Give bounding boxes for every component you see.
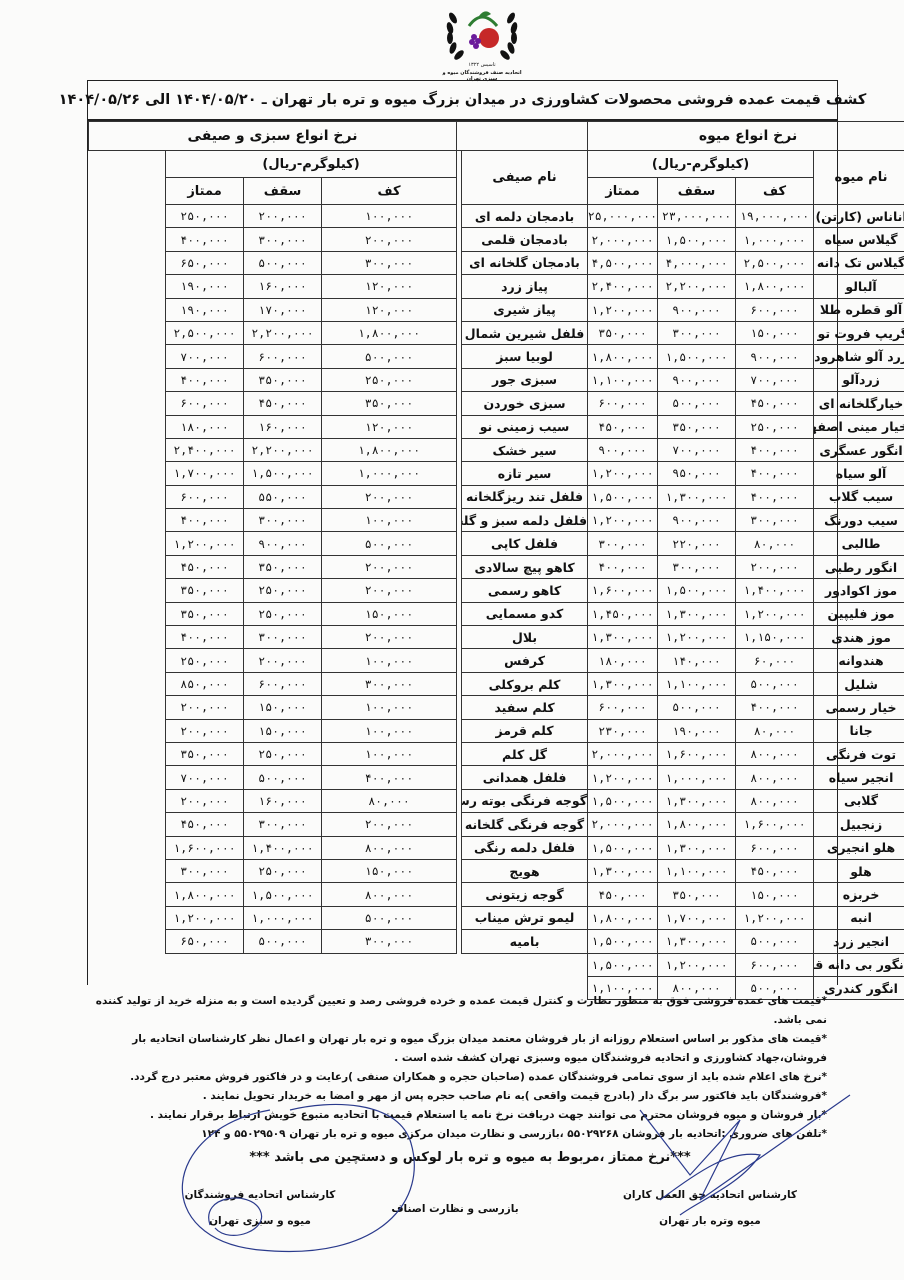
veg-max-price: ۲۵۰,۰۰۰ [244, 579, 322, 602]
veg-max-price: ۱۵۰,۰۰۰ [244, 719, 322, 742]
fruit-name: طالبی [814, 532, 904, 555]
veg-max-price: ۱۵۰,۰۰۰ [244, 696, 322, 719]
fruit-premium-price: ۱,۲۰۰,۰۰۰ [588, 298, 658, 321]
veg-min-price: ۱۲۰,۰۰۰ [322, 275, 457, 298]
table-row: انگور بی دانه قرمز۶۰۰,۰۰۰۱,۲۰۰,۰۰۰۱,۵۰۰,… [89, 953, 904, 976]
veg-max-price: ۱۷۰,۰۰۰ [244, 298, 322, 321]
fruit-min-price: ۴۰۰,۰۰۰ [736, 462, 814, 485]
veg-min-price: ۲۰۰,۰۰۰ [322, 485, 457, 508]
fruit-min-price: ۱,۲۰۰,۰۰۰ [736, 602, 814, 625]
veg-premium-price: ۳۵۰,۰۰۰ [166, 742, 244, 765]
note-item: *قیمت های مذکور بر اساس استعلام روزانه ا… [82, 1030, 827, 1068]
veg-premium-price: ۴۵۰,۰۰۰ [166, 555, 244, 578]
veg-name: سیر تازه [462, 462, 588, 485]
table-row: خیار رسمی۴۰۰,۰۰۰۵۰۰,۰۰۰۶۰۰,۰۰۰کلم سفید۱۰… [89, 696, 904, 719]
fruit-name: سیب گلاب [814, 485, 904, 508]
column-gap [457, 742, 462, 765]
veg-name: بادمجان دلمه ای [462, 205, 588, 228]
veg-name: بادمجان قلمی [462, 228, 588, 251]
fruit-min-price: ۵۰۰,۰۰۰ [736, 672, 814, 695]
fruit-name: آلبالو [814, 275, 904, 298]
fruit-max-price: ۱,۱۰۰,۰۰۰ [658, 859, 736, 882]
table-row: سیب گلاب۴۰۰,۰۰۰۱,۳۰۰,۰۰۰۱,۵۰۰,۰۰۰فلفل تن… [89, 485, 904, 508]
veg-premium-price: ۶۰۰,۰۰۰ [166, 485, 244, 508]
veg-name: هویج [462, 859, 588, 882]
fruit-premium-price: ۹۰۰,۰۰۰ [588, 438, 658, 461]
veg-premium-price: ۳۵۰,۰۰۰ [166, 602, 244, 625]
table-row: زرد آلو شاهرودی۹۰۰,۰۰۰۱,۵۰۰,۰۰۰۱,۸۰۰,۰۰۰… [89, 345, 904, 368]
fruit-name: انجیر سیاه [814, 766, 904, 789]
fruit-name: انگور عسگری [814, 438, 904, 461]
fruit-premium-price: ۱,۵۰۰,۰۰۰ [588, 953, 658, 976]
fruit-min-price: ۱,۴۰۰,۰۰۰ [736, 579, 814, 602]
veg-premium-price: ۷۰۰,۰۰۰ [166, 345, 244, 368]
fruit-name: گلابی [814, 789, 904, 812]
veg-premium-header: ممتاز [166, 178, 244, 205]
column-gap [457, 555, 462, 578]
column-gap [457, 438, 462, 461]
column-gap [457, 228, 462, 251]
union-logo: تاسیس ۱۳۲۲ اتحادیه صنف فروشندگان میوه و … [441, 4, 523, 80]
column-gap [457, 789, 462, 812]
fruit-premium-price: ۱,۳۰۰,۰۰۰ [588, 626, 658, 649]
veg-name: فلفل همدانی [462, 766, 588, 789]
veg-premium-price: ۱۹۰,۰۰۰ [166, 275, 244, 298]
table-row: موز اکوادور۱,۴۰۰,۰۰۰۱,۵۰۰,۰۰۰۱,۶۰۰,۰۰۰کا… [89, 579, 904, 602]
veg-premium-price: ۳۰۰,۰۰۰ [166, 859, 244, 882]
fruit-max-price: ۷۰۰,۰۰۰ [658, 438, 736, 461]
fruit-min-price: ۸۰۰,۰۰۰ [736, 766, 814, 789]
veg-premium-price: ۷۰۰,۰۰۰ [166, 766, 244, 789]
veg-min-price: ۱,۸۰۰,۰۰۰ [322, 321, 457, 344]
fruit-premium-price: ۴۵۰,۰۰۰ [588, 415, 658, 438]
fruit-max-price: ۱,۳۰۰,۰۰۰ [658, 836, 736, 859]
note-item: *تلفن های ضروری :اتحادیه بار فروشان ۵۵۰۲… [82, 1125, 827, 1144]
fruit-min-price: ۵۰۰,۰۰۰ [736, 930, 814, 953]
column-gap [457, 859, 462, 882]
column-gap [457, 251, 462, 274]
column-gap [457, 813, 462, 836]
veg-name: لوبیا سبز [462, 345, 588, 368]
fruit-max-price: ۱۹۰,۰۰۰ [658, 719, 736, 742]
fruit-premium-price: ۱,۵۰۰,۰۰۰ [588, 836, 658, 859]
veg-max-price: ۱,۰۰۰,۰۰۰ [244, 906, 322, 929]
column-gap [457, 485, 462, 508]
signature-block-inspection: بازرسی و نظارت اصناف [370, 1196, 540, 1222]
price-table: نرخ انواع میوه نرخ انواع سبزی و صیفی نام… [88, 121, 904, 1000]
veg-max-price: ۲۰۰,۰۰۰ [244, 205, 322, 228]
fruit-premium-price: ۲۳۰,۰۰۰ [588, 719, 658, 742]
veg-max-price: ۱,۴۰۰,۰۰۰ [244, 836, 322, 859]
fruit-premium-header: ممتاز [588, 178, 658, 205]
veg-min-price: ۵۰۰,۰۰۰ [322, 345, 457, 368]
fruit-min-header: کف [736, 178, 814, 205]
fruit-min-price: ۱,۸۰۰,۰۰۰ [736, 275, 814, 298]
table-row: زنجبیل۱,۶۰۰,۰۰۰۱,۸۰۰,۰۰۰۲,۰۰۰,۰۰۰گوجه فر… [89, 813, 904, 836]
fruit-name: زنجبیل [814, 813, 904, 836]
veg-premium-price: ۱,۷۰۰,۰۰۰ [166, 462, 244, 485]
price-sheet: کشف قیمت عمده فروشی محصولات کشاورزی در م… [87, 80, 838, 985]
veg-premium-price: ۸۵۰,۰۰۰ [166, 672, 244, 695]
table-row: جانا۸۰,۰۰۰۱۹۰,۰۰۰۲۳۰,۰۰۰کلم قرمز۱۰۰,۰۰۰۱… [89, 719, 904, 742]
fruit-min-price: ۶۰,۰۰۰ [736, 649, 814, 672]
column-gap [457, 626, 462, 649]
veg-max-price: ۵۵۰,۰۰۰ [244, 485, 322, 508]
fruit-min-price: ۶۰۰,۰۰۰ [736, 298, 814, 321]
table-row: موز هندی۱,۱۵۰,۰۰۰۱,۲۰۰,۰۰۰۱,۳۰۰,۰۰۰بلال۲… [89, 626, 904, 649]
fruit-premium-price: ۴۰۰,۰۰۰ [588, 555, 658, 578]
veg-premium-price: ۱,۸۰۰,۰۰۰ [166, 883, 244, 906]
table-row: سیب دورنگ۳۰۰,۰۰۰۹۰۰,۰۰۰۱,۲۰۰,۰۰۰فلفل دلم… [89, 509, 904, 532]
veg-premium-price: ۲,۵۰۰,۰۰۰ [166, 321, 244, 344]
fruit-premium-price: ۶۰۰,۰۰۰ [588, 392, 658, 415]
veg-min-price: ۳۰۰,۰۰۰ [322, 672, 457, 695]
fruit-min-price: ۴۵۰,۰۰۰ [736, 859, 814, 882]
fruit-min-price: ۱۵۰,۰۰۰ [736, 321, 814, 344]
fruit-premium-price: ۱,۶۰۰,۰۰۰ [588, 579, 658, 602]
column-gap [457, 345, 462, 368]
fruit-max-price: ۲۳,۰۰۰,۰۰۰ [658, 205, 736, 228]
veg-premium-price: ۴۵۰,۰۰۰ [166, 813, 244, 836]
table-row: گریپ فروت تو سرخ۱۵۰,۰۰۰۳۰۰,۰۰۰۳۵۰,۰۰۰فلف… [89, 321, 904, 344]
veg-min-price: ۵۰۰,۰۰۰ [322, 906, 457, 929]
fruit-premium-price: ۲,۰۰۰,۰۰۰ [588, 228, 658, 251]
veg-max-price: ۳۰۰,۰۰۰ [244, 228, 322, 251]
fruit-premium-price: ۱,۵۰۰,۰۰۰ [588, 930, 658, 953]
fruit-premium-price: ۲,۴۰۰,۰۰۰ [588, 275, 658, 298]
veg-name: گوجه زیتونی [462, 883, 588, 906]
table-row: انجیر سیاه۸۰۰,۰۰۰۱,۰۰۰,۰۰۰۱,۲۰۰,۰۰۰فلفل … [89, 766, 904, 789]
column-gap [457, 532, 462, 555]
veg-max-price: ۲,۲۰۰,۰۰۰ [244, 321, 322, 344]
fruit-premium-price: ۳۵۰,۰۰۰ [588, 321, 658, 344]
fruit-name: گیلاس سیاه [814, 228, 904, 251]
veg-max-price: ۳۰۰,۰۰۰ [244, 813, 322, 836]
veg-min-price: ۲۰۰,۰۰۰ [322, 626, 457, 649]
veg-name: سبزی خوردن [462, 392, 588, 415]
veg-min-price: ۱۰۰,۰۰۰ [322, 742, 457, 765]
veg-name: گوجه فرنگی گلخانه [462, 813, 588, 836]
veg-min-price: ۸۰,۰۰۰ [322, 789, 457, 812]
veg-min-price: ۴۰۰,۰۰۰ [322, 766, 457, 789]
veg-premium-price: ۱,۲۰۰,۰۰۰ [166, 532, 244, 555]
veg-premium-price: ۲۵۰,۰۰۰ [166, 205, 244, 228]
column-gap [457, 579, 462, 602]
fruit-min-price: ۴۰۰,۰۰۰ [736, 485, 814, 508]
veg-min-header: کف [322, 178, 457, 205]
veg-premium-price: ۲۵۰,۰۰۰ [166, 649, 244, 672]
veg-min-price: ۱,۰۰۰,۰۰۰ [322, 462, 457, 485]
fruit-name: گیلاس تک دانه [814, 251, 904, 274]
veg-min-price: ۱۰۰,۰۰۰ [322, 649, 457, 672]
column-gap [457, 275, 462, 298]
veg-name: گل کلم [462, 742, 588, 765]
veg-min-price: ۸۰۰,۰۰۰ [322, 883, 457, 906]
fruit-name: جانا [814, 719, 904, 742]
table-row: انگور عسگری۴۰۰,۰۰۰۷۰۰,۰۰۰۹۰۰,۰۰۰سیر خشک۱… [89, 438, 904, 461]
fruit-min-price: ۸۰۰,۰۰۰ [736, 789, 814, 812]
table-row: توت فرنگی۸۰۰,۰۰۰۱,۶۰۰,۰۰۰۲,۰۰۰,۰۰۰گل کلم… [89, 742, 904, 765]
fruit-premium-price: ۱,۳۰۰,۰۰۰ [588, 859, 658, 882]
fruit-max-price: ۲۲۰,۰۰۰ [658, 532, 736, 555]
fruit-max-price: ۱,۲۰۰,۰۰۰ [658, 953, 736, 976]
veg-name: کاهو پیچ سالادی [462, 555, 588, 578]
veg-name: پیاز شیری [462, 298, 588, 321]
logo-year: تاسیس ۱۳۲۲ [441, 62, 523, 68]
fruit-name: گریپ فروت تو سرخ [814, 321, 904, 344]
veg-min-price: ۲۰۰,۰۰۰ [322, 579, 457, 602]
fruit-premium-price: ۱,۳۰۰,۰۰۰ [588, 672, 658, 695]
fruit-max-price: ۹۵۰,۰۰۰ [658, 462, 736, 485]
empty-cell [166, 953, 588, 976]
veg-max-price: ۱,۵۰۰,۰۰۰ [244, 883, 322, 906]
fruit-max-price: ۳۵۰,۰۰۰ [658, 883, 736, 906]
table-row: آلبالو۱,۸۰۰,۰۰۰۲,۲۰۰,۰۰۰۲,۴۰۰,۰۰۰پیاز زر… [89, 275, 904, 298]
fruit-max-price: ۴,۰۰۰,۰۰۰ [658, 251, 736, 274]
veg-premium-price: ۴۰۰,۰۰۰ [166, 368, 244, 391]
table-row: شلیل۵۰۰,۰۰۰۱,۱۰۰,۰۰۰۱,۳۰۰,۰۰۰کلم بروکلی۳… [89, 672, 904, 695]
note-item: *فروشندگان باید فاکتور سر برگ دار (بادرج… [82, 1087, 827, 1106]
veg-premium-price: ۱,۲۰۰,۰۰۰ [166, 906, 244, 929]
column-gap [457, 930, 462, 953]
fruit-name: انگور بی دانه قرمز [814, 953, 904, 976]
fruit-max-price: ۱,۳۰۰,۰۰۰ [658, 485, 736, 508]
fruit-min-price: ۳۰۰,۰۰۰ [736, 509, 814, 532]
fruit-max-price: ۱,۵۰۰,۰۰۰ [658, 345, 736, 368]
logo-emblem-icon [441, 4, 523, 64]
fruit-max-price: ۱,۶۰۰,۰۰۰ [658, 742, 736, 765]
veg-max-price: ۹۰۰,۰۰۰ [244, 532, 322, 555]
fruit-min-price: ۷۰۰,۰۰۰ [736, 368, 814, 391]
veg-max-price: ۵۰۰,۰۰۰ [244, 251, 322, 274]
signature-block-sellers-union: کارشناس اتحادیه فروشندگان میوه و سبزی ته… [160, 1182, 360, 1234]
veg-premium-price: ۶۵۰,۰۰۰ [166, 930, 244, 953]
fruit-premium-price: ۱,۱۰۰,۰۰۰ [588, 368, 658, 391]
page-title: کشف قیمت عمده فروشی محصولات کشاورزی در م… [88, 81, 837, 121]
veg-name: فلفل دلمه سبز و گلخانه [462, 509, 588, 532]
veg-min-price: ۲۰۰,۰۰۰ [322, 555, 457, 578]
fruit-name: انجیر زرد [814, 930, 904, 953]
veg-premium-price: ۴۰۰,۰۰۰ [166, 626, 244, 649]
fruit-premium-price: ۲۵,۰۰۰,۰۰۰ [588, 205, 658, 228]
table-row: اناناس (کارتن)۱۹,۰۰۰,۰۰۰۲۳,۰۰۰,۰۰۰۲۵,۰۰۰… [89, 205, 904, 228]
veg-max-price: ۱۶۰,۰۰۰ [244, 275, 322, 298]
veg-min-price: ۱۰۰,۰۰۰ [322, 696, 457, 719]
veg-max-price: ۵۰۰,۰۰۰ [244, 766, 322, 789]
column-gap [457, 509, 462, 532]
column-gap [457, 836, 462, 859]
veg-min-price: ۵۰۰,۰۰۰ [322, 532, 457, 555]
fruit-min-price: ۱۹,۰۰۰,۰۰۰ [736, 205, 814, 228]
veg-name: کرفس [462, 649, 588, 672]
table-row: آلو سیاه۴۰۰,۰۰۰۹۵۰,۰۰۰۱,۲۰۰,۰۰۰سیر تازه۱… [89, 462, 904, 485]
table-row: هندوانه۶۰,۰۰۰۱۴۰,۰۰۰۱۸۰,۰۰۰کرفس۱۰۰,۰۰۰۲۰… [89, 649, 904, 672]
veg-max-price: ۶۰۰,۰۰۰ [244, 672, 322, 695]
note-item: *نرخ های اعلام شده باید از سوی تمامی فرو… [82, 1068, 827, 1087]
fruit-max-price: ۳۰۰,۰۰۰ [658, 321, 736, 344]
column-gap [457, 205, 462, 228]
fruit-premium-price: ۴,۵۰۰,۰۰۰ [588, 251, 658, 274]
veg-min-price: ۸۰۰,۰۰۰ [322, 836, 457, 859]
veg-max-price: ۲,۲۰۰,۰۰۰ [244, 438, 322, 461]
fruit-premium-price: ۱,۸۰۰,۰۰۰ [588, 906, 658, 929]
fruit-name: موز هندی [814, 626, 904, 649]
fruit-min-price: ۸۰,۰۰۰ [736, 532, 814, 555]
column-gap [457, 321, 462, 344]
fruit-min-price: ۶۰۰,۰۰۰ [736, 836, 814, 859]
veg-name: سبزی جور [462, 368, 588, 391]
veg-premium-price: ۱۸۰,۰۰۰ [166, 415, 244, 438]
fruit-max-price: ۱,۵۰۰,۰۰۰ [658, 579, 736, 602]
fruit-premium-price: ۲,۰۰۰,۰۰۰ [588, 813, 658, 836]
fruit-name: سیب دورنگ [814, 509, 904, 532]
veg-max-price: ۱۶۰,۰۰۰ [244, 789, 322, 812]
veg-premium-price: ۲۰۰,۰۰۰ [166, 696, 244, 719]
fruit-max-price: ۱,۳۰۰,۰۰۰ [658, 930, 736, 953]
fruit-name: هلو [814, 859, 904, 882]
veg-max-price: ۳۰۰,۰۰۰ [244, 626, 322, 649]
veg-min-price: ۳۵۰,۰۰۰ [322, 392, 457, 415]
fruit-premium-price: ۱۸۰,۰۰۰ [588, 649, 658, 672]
fruit-min-price: ۸۰۰,۰۰۰ [736, 742, 814, 765]
veg-name: کلم بروکلی [462, 672, 588, 695]
fruit-premium-price: ۶۰۰,۰۰۰ [588, 696, 658, 719]
fruit-min-price: ۹۰۰,۰۰۰ [736, 345, 814, 368]
notes: *قیمت های عمده فروشی فوق به منظور نظارت … [82, 992, 827, 1144]
fruit-min-price: ۴۰۰,۰۰۰ [736, 438, 814, 461]
fruit-min-price: ۲۰۰,۰۰۰ [736, 555, 814, 578]
table-row: آلو قطره طلا۶۰۰,۰۰۰۹۰۰,۰۰۰۱,۲۰۰,۰۰۰پیاز … [89, 298, 904, 321]
column-gap [457, 883, 462, 906]
column-gap [457, 672, 462, 695]
fruit-name: خیارگلخانه ای [814, 392, 904, 415]
fruit-name: موز فلیپین [814, 602, 904, 625]
veg-min-price: ۲۵۰,۰۰۰ [322, 368, 457, 391]
veg-name: فلفل دلمه رنگی [462, 836, 588, 859]
fruit-min-price: ۱,۰۰۰,۰۰۰ [736, 228, 814, 251]
fruit-name: اناناس (کارتن) [814, 205, 904, 228]
fruit-premium-price: ۳۰۰,۰۰۰ [588, 532, 658, 555]
veg-min-price: ۱۲۰,۰۰۰ [322, 415, 457, 438]
fruit-max-price: ۱,۳۰۰,۰۰۰ [658, 789, 736, 812]
fruit-name: زرد آلو شاهرودی [814, 345, 904, 368]
veg-premium-price: ۲۰۰,۰۰۰ [166, 789, 244, 812]
veg-name: کدو مسمایی [462, 602, 588, 625]
fruit-name-header: نام میوه [814, 151, 904, 205]
fruit-max-price: ۱,۳۰۰,۰۰۰ [658, 602, 736, 625]
table-row: انگور رطبی۲۰۰,۰۰۰۳۰۰,۰۰۰۴۰۰,۰۰۰کاهو پیچ … [89, 555, 904, 578]
fruit-name: انبه [814, 906, 904, 929]
column-gap [457, 649, 462, 672]
veg-premium-price: ۳۵۰,۰۰۰ [166, 579, 244, 602]
column-gap [457, 298, 462, 321]
fruit-min-price: ۴۰۰,۰۰۰ [736, 696, 814, 719]
veg-min-price: ۱۰۰,۰۰۰ [322, 205, 457, 228]
column-gap [457, 392, 462, 415]
table-row: خیارگلخانه ای۴۵۰,۰۰۰۵۰۰,۰۰۰۶۰۰,۰۰۰سبزی خ… [89, 392, 904, 415]
fruit-name: انگور رطبی [814, 555, 904, 578]
table-row: طالبی۸۰,۰۰۰۲۲۰,۰۰۰۳۰۰,۰۰۰فلفل کاپی۵۰۰,۰۰… [89, 532, 904, 555]
fruit-premium-price: ۱,۵۰۰,۰۰۰ [588, 789, 658, 812]
fruit-name: آلو قطره طلا [814, 298, 904, 321]
table-row: گیلاس سیاه۱,۰۰۰,۰۰۰۱,۵۰۰,۰۰۰۲,۰۰۰,۰۰۰باد… [89, 228, 904, 251]
veg-name: کلم قرمز [462, 719, 588, 742]
fruit-min-price: ۶۰۰,۰۰۰ [736, 953, 814, 976]
veg-premium-price: ۲۰۰,۰۰۰ [166, 719, 244, 742]
fruit-max-price: ۱,۰۰۰,۰۰۰ [658, 766, 736, 789]
fruit-name: موز اکوادور [814, 579, 904, 602]
fruit-name: انگور کندری [814, 976, 904, 999]
fruit-name: توت فرنگی [814, 742, 904, 765]
veg-name: بلال [462, 626, 588, 649]
veg-name: فلفل شیرین شمال [462, 321, 588, 344]
fruit-max-price: ۳۰۰,۰۰۰ [658, 555, 736, 578]
fruit-max-price: ۱۴۰,۰۰۰ [658, 649, 736, 672]
fruit-max-price: ۵۰۰,۰۰۰ [658, 392, 736, 415]
fruit-name: زردآلو [814, 368, 904, 391]
table-row: هلو۴۵۰,۰۰۰۱,۱۰۰,۰۰۰۱,۳۰۰,۰۰۰هویج۱۵۰,۰۰۰۲… [89, 859, 904, 882]
veg-name: فلفل تند ریزگلخانه [462, 485, 588, 508]
fruit-max-price: ۹۰۰,۰۰۰ [658, 509, 736, 532]
table-row: زردآلو۷۰۰,۰۰۰۹۰۰,۰۰۰۱,۱۰۰,۰۰۰سبزی جور۲۵۰… [89, 368, 904, 391]
veg-min-price: ۱۵۰,۰۰۰ [322, 859, 457, 882]
veg-premium-price: ۱,۶۰۰,۰۰۰ [166, 836, 244, 859]
fruit-max-price: ۳۵۰,۰۰۰ [658, 415, 736, 438]
table-row: هلو انجیری۶۰۰,۰۰۰۱,۳۰۰,۰۰۰۱,۵۰۰,۰۰۰فلفل … [89, 836, 904, 859]
veg-min-price: ۱,۸۰۰,۰۰۰ [322, 438, 457, 461]
table-row: انبه۱,۲۰۰,۰۰۰۱,۷۰۰,۰۰۰۱,۸۰۰,۰۰۰لیمو ترش … [89, 906, 904, 929]
veg-premium-price: ۴۰۰,۰۰۰ [166, 509, 244, 532]
veg-min-price: ۱۵۰,۰۰۰ [322, 602, 457, 625]
table-row: خیار مینی اصفهان۲۵۰,۰۰۰۳۵۰,۰۰۰۴۵۰,۰۰۰سیب… [89, 415, 904, 438]
veg-max-price: ۲۰۰,۰۰۰ [244, 649, 322, 672]
fruit-premium-price: ۱,۵۰۰,۰۰۰ [588, 485, 658, 508]
fruit-min-price: ۲۵۰,۰۰۰ [736, 415, 814, 438]
fruit-premium-price: ۱,۲۰۰,۰۰۰ [588, 766, 658, 789]
veg-name: بامیه [462, 930, 588, 953]
veg-max-price: ۳۰۰,۰۰۰ [244, 509, 322, 532]
veg-unit-header: (کیلوگرم-ریال) [166, 151, 457, 178]
fruit-name: شلیل [814, 672, 904, 695]
fruit-name: هندوانه [814, 649, 904, 672]
fruit-premium-price: ۱,۲۰۰,۰۰۰ [588, 509, 658, 532]
veg-max-header: سقف [244, 178, 322, 205]
fruit-max-price: ۱,۸۰۰,۰۰۰ [658, 813, 736, 836]
note-item: *قیمت های عمده فروشی فوق به منظور نظارت … [82, 992, 827, 1030]
column-gap [457, 415, 462, 438]
fruit-min-price: ۴۵۰,۰۰۰ [736, 392, 814, 415]
fruit-premium-price: ۱,۲۰۰,۰۰۰ [588, 462, 658, 485]
veg-max-price: ۵۰۰,۰۰۰ [244, 930, 322, 953]
veg-name: گوجه فرنگی بوته رس [462, 789, 588, 812]
column-gap [457, 906, 462, 929]
veg-max-price: ۲۵۰,۰۰۰ [244, 742, 322, 765]
veg-name: کلم سفید [462, 696, 588, 719]
fruit-max-price: ۱,۵۰۰,۰۰۰ [658, 228, 736, 251]
fruit-unit-header: (کیلوگرم-ریال) [588, 151, 814, 178]
veg-max-price: ۳۵۰,۰۰۰ [244, 368, 322, 391]
fruit-min-price: ۱,۱۵۰,۰۰۰ [736, 626, 814, 649]
fruit-max-price: ۹۰۰,۰۰۰ [658, 368, 736, 391]
fruit-max-price: ۱,۲۰۰,۰۰۰ [658, 626, 736, 649]
veg-max-price: ۱,۵۰۰,۰۰۰ [244, 462, 322, 485]
veg-min-price: ۱۰۰,۰۰۰ [322, 719, 457, 742]
veg-name: لیمو ترش میناب [462, 906, 588, 929]
fruit-min-price: ۸۰,۰۰۰ [736, 719, 814, 742]
veg-max-price: ۳۵۰,۰۰۰ [244, 555, 322, 578]
veg-max-price: ۲۵۰,۰۰۰ [244, 859, 322, 882]
veg-name-header: نام صیفی [462, 151, 588, 205]
